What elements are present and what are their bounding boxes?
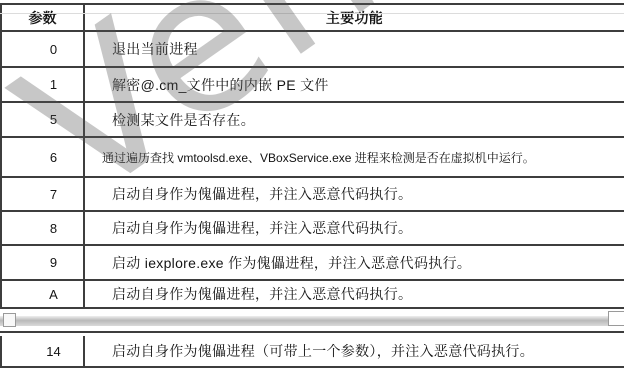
table-row: A启动自身作为傀儡进程，并注入恶意代码执行。 xyxy=(2,281,624,309)
param-cell: 0 xyxy=(2,32,85,66)
table-header-row: 参数 主要功能 xyxy=(2,5,624,32)
param-cell: 1 xyxy=(2,68,85,101)
param-cell: A xyxy=(2,281,85,307)
parameters-table-continued: 14启动自身作为傀儡进程（可带上一个参数），并注入恶意代码执行。 xyxy=(0,336,624,368)
table-row: 9启动 iexplore.exe 作为傀儡进程，并注入恶意代码执行。 xyxy=(2,246,624,281)
param-cell: 5 xyxy=(2,103,85,136)
function-cell: 启动自身作为傀儡进程，并注入恶意代码执行。 xyxy=(85,178,624,210)
function-cell: 启动自身作为傀儡进程（可带上一个参数），并注入恶意代码执行。 xyxy=(85,336,624,366)
function-cell: 启动 iexplore.exe 作为傀儡进程，并注入恶意代码执行。 xyxy=(85,246,624,279)
scrollbar-strip xyxy=(0,309,624,333)
function-cell: 检测某文件是否存在。 xyxy=(85,103,624,136)
table-row: 5检测某文件是否存在。 xyxy=(2,103,624,138)
function-cell: 通过遍历查找 vmtoolsd.exe、VBoxService.exe 进程来检… xyxy=(85,138,624,176)
table-row: 7启动自身作为傀儡进程，并注入恶意代码执行。 xyxy=(2,178,624,212)
column-header-param: 参数 xyxy=(2,5,85,30)
table-body-upper: 0退出当前进程1解密@.cm_文件中的内嵌 PE 文件5检测某文件是否存在。6通… xyxy=(2,32,624,309)
function-cell: 退出当前进程 xyxy=(85,32,624,66)
param-cell: 9 xyxy=(2,246,85,279)
table-row: 1解密@.cm_文件中的内嵌 PE 文件 xyxy=(2,68,624,103)
scroll-right-thumb[interactable] xyxy=(608,311,624,326)
param-cell: 14 xyxy=(2,336,85,366)
function-cell: 启动自身作为傀儡进程，并注入恶意代码执行。 xyxy=(85,281,624,307)
function-cell: 解密@.cm_文件中的内嵌 PE 文件 xyxy=(85,68,624,101)
function-cell: 启动自身作为傀儡进程，并注入恶意代码执行。 xyxy=(85,212,624,244)
param-cell: 8 xyxy=(2,212,85,244)
table-row: 6通过遍历查找 vmtoolsd.exe、VBoxService.exe 进程来… xyxy=(2,138,624,178)
scroll-left-button[interactable] xyxy=(3,313,16,327)
scrollbar-track[interactable] xyxy=(0,316,624,326)
table-row: 8启动自身作为傀儡进程，并注入恶意代码执行。 xyxy=(2,212,624,246)
table-row: 0退出当前进程 xyxy=(2,32,624,68)
header-gridline xyxy=(0,13,624,14)
column-header-function: 主要功能 xyxy=(85,5,624,30)
param-cell: 7 xyxy=(2,178,85,210)
report-table-screenshot: Venus 参数 主要功能 0退出当前进程1解密@.cm_文件中的内嵌 PE 文… xyxy=(0,0,624,368)
parameters-table: 参数 主要功能 0退出当前进程1解密@.cm_文件中的内嵌 PE 文件5检测某文… xyxy=(0,3,624,309)
param-cell: 6 xyxy=(2,138,85,176)
table-body-lower: 14启动自身作为傀儡进程（可带上一个参数），并注入恶意代码执行。 xyxy=(2,336,624,368)
table-row: 14启动自身作为傀儡进程（可带上一个参数），并注入恶意代码执行。 xyxy=(2,336,624,368)
